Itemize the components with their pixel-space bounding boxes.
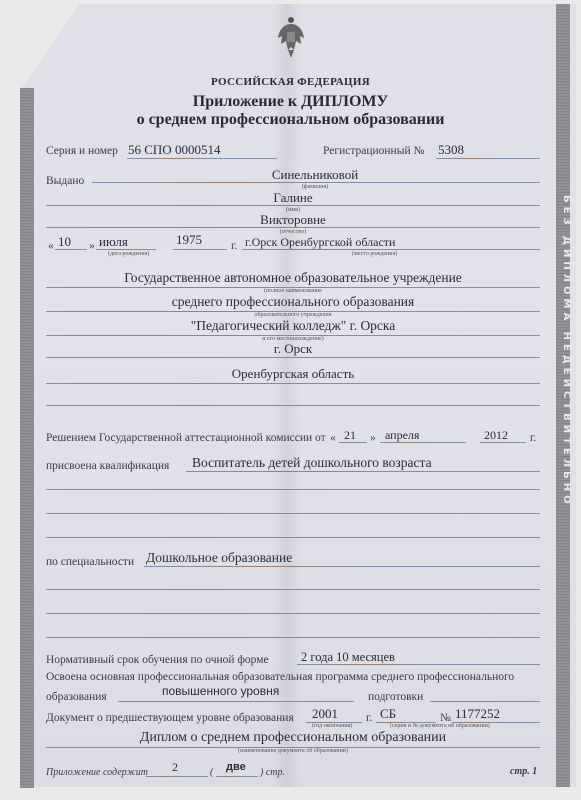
registration-line xyxy=(436,158,540,159)
footer-paren-open: ( xyxy=(210,767,213,778)
specialty-line xyxy=(144,566,540,567)
qualification-value: Воспитатель детей дошкольного возраста xyxy=(192,455,432,471)
blank-rule-5 xyxy=(46,589,540,590)
series-line xyxy=(127,158,277,159)
decision-quote-close: » xyxy=(370,432,376,444)
blank-rule-4 xyxy=(46,537,540,538)
prev-doc-series: СБ xyxy=(380,706,396,722)
name-line xyxy=(46,205,540,206)
side-warning-right: БЕЗ ДИПЛОМА НЕДЕЙСТВИТЕЛЬНО xyxy=(561,195,572,595)
country-heading: РОССИЙСКАЯ ФЕДЕРАЦИЯ xyxy=(0,76,581,88)
coat-of-arms-icon xyxy=(276,14,306,64)
footer-pages-line xyxy=(146,776,208,777)
blank-rule-1 xyxy=(46,405,540,406)
document-subtitle: о среднем профессиональном образовании xyxy=(0,111,581,129)
blank-rule-7 xyxy=(46,637,540,638)
institution-city: г. Орск xyxy=(46,341,540,357)
birth-month: июля xyxy=(99,234,128,250)
birth-quote-open: « xyxy=(48,240,54,252)
prev-doc-year: 2001 xyxy=(312,706,338,722)
decision-quote-open: « xyxy=(330,432,336,444)
birth-quote-close: » xyxy=(89,240,95,252)
prev-doc-series-caption: (серия и № документа об образовании) xyxy=(390,723,490,729)
institution-region: Оренбургская область xyxy=(46,366,540,382)
footer-pages-words: две xyxy=(226,761,246,773)
decision-label: Решением Государственной аттестационной … xyxy=(46,432,326,444)
decision-year-suffix: г. xyxy=(530,432,536,444)
patronymic-line xyxy=(46,227,540,228)
surname-value: Синельниковой xyxy=(90,167,540,183)
program-level-line xyxy=(118,701,354,702)
blank-rule-2 xyxy=(46,489,540,490)
footer-paren-close: ) стр. xyxy=(260,767,285,778)
program-level: повышенного уровня xyxy=(162,684,279,698)
institution-region-rule xyxy=(46,383,540,384)
decision-year-line xyxy=(480,442,526,443)
prev-doc-name-caption: (наименование документа об образовании) xyxy=(46,748,540,754)
decision-day-line xyxy=(339,442,367,443)
prev-doc-label: Документ о предшествующем уровне образов… xyxy=(46,712,294,724)
prev-doc-g: г. xyxy=(366,712,372,724)
birth-day-line xyxy=(55,249,87,250)
decision-month: апреля xyxy=(385,428,419,443)
registration-label: Регистрационный № xyxy=(323,145,424,157)
qualification-label: присвоена квалификация xyxy=(46,460,169,472)
birth-place-line xyxy=(242,249,540,250)
series-value: 56 СПО 0000514 xyxy=(128,142,220,158)
birth-place-caption: (место рождения) xyxy=(352,251,397,257)
program-blank-line xyxy=(430,701,540,702)
decision-year: 2012 xyxy=(484,428,508,443)
patronymic-value: Викторовне xyxy=(46,212,540,228)
institution-line1: Государственное автономное образовательн… xyxy=(46,270,540,286)
blank-rule-3 xyxy=(46,513,540,514)
institution-city-rule xyxy=(46,357,540,358)
birth-year-line xyxy=(173,249,227,250)
page-number: стр. 1 xyxy=(510,766,537,777)
decision-month-line xyxy=(380,442,466,443)
side-warning-left: БЕЗ ДИПЛОМА НЕДЕЙСТВИТЕЛЬНО xyxy=(2,205,13,605)
prev-doc-name: Диплом о среднем профессиональном образо… xyxy=(46,730,540,746)
duration-value: 2 года 10 месяцев xyxy=(301,650,395,665)
qualification-line xyxy=(186,471,540,472)
footer-pages: 2 xyxy=(172,760,178,775)
specialty-label: по специальности xyxy=(46,556,134,568)
security-strip-left xyxy=(20,88,34,788)
institution-line2: среднего профессионального образования xyxy=(46,294,540,310)
birth-month-line xyxy=(96,249,156,250)
duration-line xyxy=(297,664,540,665)
prev-doc-year-caption: (год окончания) xyxy=(312,723,352,729)
birth-place: г.Орск Оренбургской области xyxy=(245,235,395,250)
program-line1: Освоена основная профессиональная образо… xyxy=(46,671,514,683)
series-label: Серия и номер xyxy=(46,145,118,157)
issued-label: Выдано xyxy=(46,175,84,187)
decision-day: 21 xyxy=(344,428,356,443)
birth-day: 10 xyxy=(58,234,71,250)
footer-label: Приложение содержит xyxy=(46,767,148,778)
institution-line3: "Педагогический колледж" г. Орска xyxy=(46,318,540,334)
prev-doc-number: 1177252 xyxy=(455,706,500,722)
birth-date-caption: (дата рождения) xyxy=(108,251,149,257)
surname-line xyxy=(92,182,540,183)
registration-value: 5308 xyxy=(438,142,464,158)
name-value: Галине xyxy=(46,190,540,206)
program-label-end: подготовки xyxy=(368,691,423,703)
duration-label: Нормативный срок обучения по очной форме xyxy=(46,654,269,666)
program-label-start: образования xyxy=(46,691,107,703)
footer-words-line xyxy=(216,776,258,777)
birth-year-suffix: г. xyxy=(231,240,237,252)
specialty-value: Дошкольное образование xyxy=(146,550,292,566)
birth-year: 1975 xyxy=(176,232,202,248)
blank-rule-6 xyxy=(46,613,540,614)
document-title: Приложение к ДИПЛОМУ xyxy=(0,93,581,111)
